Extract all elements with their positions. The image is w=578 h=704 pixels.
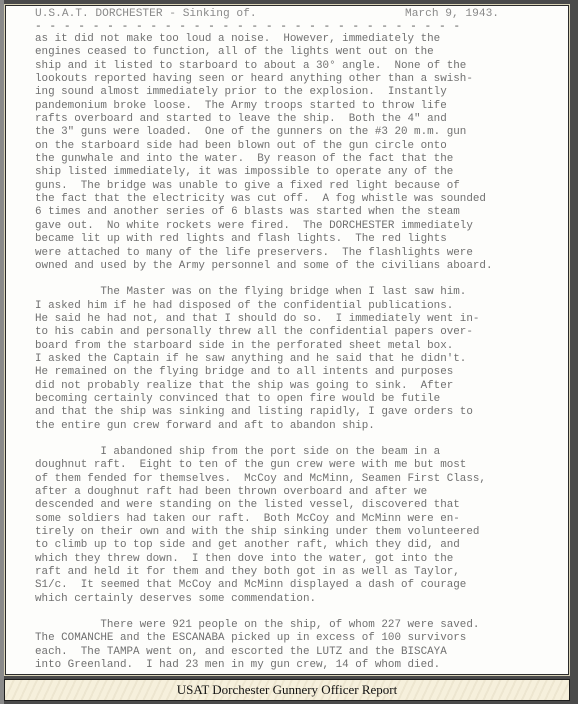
image-frame: U.S.A.T. DORCHESTER - Sinking of. March … xyxy=(0,0,578,704)
document-paragraphs: as it did not make too loud a noise. How… xyxy=(35,33,549,672)
document-header: U.S.A.T. DORCHESTER - Sinking of. March … xyxy=(35,7,549,21)
document-paragraph: There were 921 people on the ship, of wh… xyxy=(35,619,549,672)
document-paragraph: I abandoned ship from the port side on t… xyxy=(35,446,549,606)
document-paragraph: as it did not make too loud a noise. How… xyxy=(35,33,549,273)
document-page: U.S.A.T. DORCHESTER - Sinking of. March … xyxy=(4,4,570,676)
document-title: U.S.A.T. DORCHESTER - Sinking of. xyxy=(35,7,257,21)
document-date: March 9, 1943. xyxy=(405,7,499,21)
document-body: U.S.A.T. DORCHESTER - Sinking of. March … xyxy=(35,7,549,672)
caption-bar: USAT Dorchester Gunnery Officer Report xyxy=(4,679,570,701)
image-caption: USAT Dorchester Gunnery Officer Report xyxy=(177,682,397,698)
header-separator: - - - - - - - - - - - - - - - - - - - - … xyxy=(35,21,549,33)
document-paragraph: The Master was on the flying bridge when… xyxy=(35,286,549,433)
